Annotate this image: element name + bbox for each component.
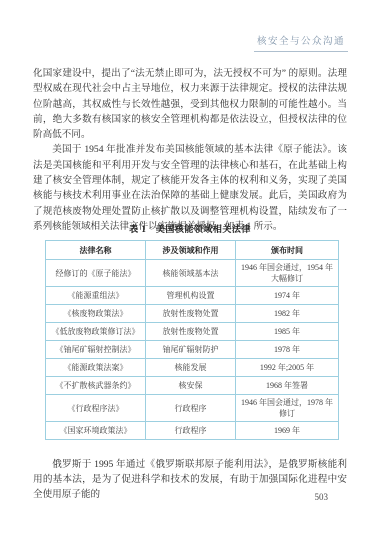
table-cell: 核安保 bbox=[146, 377, 236, 395]
table-cell: 《核废物政策法》 bbox=[46, 305, 146, 323]
table-cell: 管理机构设置 bbox=[146, 287, 236, 305]
table-cell: 经修订的《原子能法》 bbox=[46, 260, 146, 287]
book-page: 核安全与公众沟通 化国家建设中，提出了“法无禁止即可为，法无授权不可为” 的原则… bbox=[0, 0, 380, 540]
table-cell: 1978 年 bbox=[236, 341, 339, 359]
table-row: 《不扩散核武器条约》核安保1968 年签署 bbox=[46, 377, 339, 395]
table-row: 《能源政策法案》核能发展1992 年;2005 年 bbox=[46, 359, 339, 377]
table-cell: 1974 年 bbox=[236, 287, 339, 305]
page-number: 503 bbox=[315, 492, 329, 502]
paragraph-continuation: 化国家建设中，提出了“法无禁止即可为，法无授权不可为” 的原则。法理型权威在现代… bbox=[33, 66, 347, 142]
table-header-cell: 颁布时间 bbox=[236, 241, 339, 260]
table-header-cell: 法律名称 bbox=[46, 241, 146, 260]
table-cell: 1969 年 bbox=[236, 422, 339, 440]
table-header-cell: 涉及领域和作用 bbox=[146, 241, 236, 260]
table-cell: 1968 年签署 bbox=[236, 377, 339, 395]
paragraph-russia-law: 俄罗斯于 1995 年通过《俄罗斯联邦原子能利用法》，是俄罗斯核能利用的基本法，… bbox=[33, 457, 347, 503]
table-row: 《铀尾矿辐射控制法》铀尾矿辐射防护1978 年 bbox=[46, 341, 339, 359]
table-row: 《行政程序法》行政程序1946 年国会通过，1978 年修订 bbox=[46, 395, 339, 422]
table-row: 《核废物政策法》放射性废物处置1982 年 bbox=[46, 305, 339, 323]
table-cell: 1992 年;2005 年 bbox=[236, 359, 339, 377]
body-text-block: 化国家建设中，提出了“法无禁止即可为，法无授权不可为” 的原则。法理型权威在现代… bbox=[33, 66, 347, 234]
table-body: 经修订的《原子能法》核能领域基本法1946 年国会通过，1954 年大幅修订《能… bbox=[46, 260, 339, 440]
table-cell: 放射性废物处置 bbox=[146, 323, 236, 341]
table-row: 《国家环境政策法》行政程序1969 年 bbox=[46, 422, 339, 440]
table-header-row: 法律名称涉及领域和作用颁布时间 bbox=[46, 241, 339, 260]
table-row: 《能源重组法》管理机构设置1974 年 bbox=[46, 287, 339, 305]
table-cell: 1985 年 bbox=[236, 323, 339, 341]
running-head-title: 核安全与公众沟通 bbox=[254, 33, 348, 52]
table-cell: 行政程序 bbox=[146, 422, 236, 440]
table-cell: 《铀尾矿辐射控制法》 bbox=[46, 341, 146, 359]
table-cell: 1946 年国会通过，1978 年修订 bbox=[236, 395, 339, 422]
table-cell: 《国家环境政策法》 bbox=[46, 422, 146, 440]
table-cell: 1982 年 bbox=[236, 305, 339, 323]
table-cell: 核能领域基本法 bbox=[146, 260, 236, 287]
table-row: 经修订的《原子能法》核能领域基本法1946 年国会通过，1954 年大幅修订 bbox=[46, 260, 339, 287]
table-row: 《低放废物政策修订法》放射性废物处置1985 年 bbox=[46, 323, 339, 341]
table-cell: 1946 年国会通过，1954 年大幅修订 bbox=[236, 260, 339, 287]
table-cell: 《能源重组法》 bbox=[46, 287, 146, 305]
table-cell: 《不扩散核武器条约》 bbox=[46, 377, 146, 395]
table-cell: 铀尾矿辐射防护 bbox=[146, 341, 236, 359]
table-cell: 核能发展 bbox=[146, 359, 236, 377]
paragraph-us-law: 美国于 1954 年批准并发布美国核能领域的基本法律《原子能法》。该法是美国核能… bbox=[33, 142, 347, 234]
table-caption: 表 1 美国核能领域相关法律 bbox=[0, 222, 380, 235]
us-nuclear-laws-table: 法律名称涉及领域和作用颁布时间 经修订的《原子能法》核能领域基本法1946 年国… bbox=[45, 240, 339, 440]
table-cell: 《低放废物政策修订法》 bbox=[46, 323, 146, 341]
table-cell: 《能源政策法案》 bbox=[46, 359, 146, 377]
table-cell: 行政程序 bbox=[146, 395, 236, 422]
table-cell: 放射性废物处置 bbox=[146, 305, 236, 323]
table-cell: 《行政程序法》 bbox=[46, 395, 146, 422]
